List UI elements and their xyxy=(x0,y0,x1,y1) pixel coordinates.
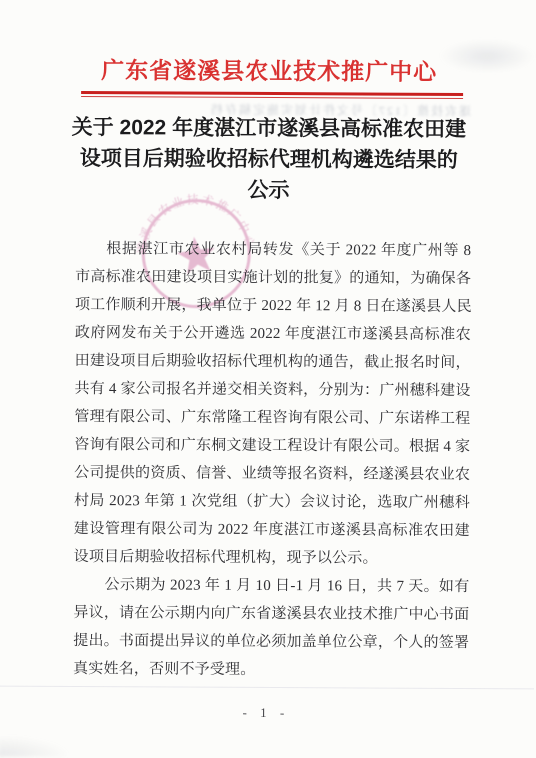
document-title: 关于 2022 年度湛江市遂溪县高标准农田建设项目后期验收招标代理机构遴选结果的… xyxy=(59,112,479,207)
text-line: 设项目后期验收招标代理机构，现予以公示。 xyxy=(74,543,470,573)
text-line: 共有 4 家公司报名并递交相关资料，分别为：广州穗科建设 xyxy=(74,375,470,405)
text-line: 项工作顺利开展，我单位于 2022 年 12 月 8 日在遂溪县人民 xyxy=(75,291,471,321)
text-line: 异议，请在公示期内向广东省遂溪县农业技术推广中心书面 xyxy=(73,599,469,629)
letterhead-divider xyxy=(81,91,463,99)
text-line: 根据湛江市农业农村局转发《关于 2022 年度广州等 8 xyxy=(75,235,471,265)
text-line: 田建设项目后期验收招标代理机构的通告，截止报名时间， xyxy=(75,347,471,377)
scanned-document-page: 广东省遂溪县农业技术推广中心 遂农技推〔127〕号文件计划实施定稿存档 关于 2… xyxy=(0,0,536,758)
text-line: 建设管理有限公司为 2022 年度湛江市遂溪县高标准农田建 xyxy=(74,515,470,545)
document-body: 根据湛江市农业农村局转发《关于 2022 年度广州等 8市高标准农田建设项目实施… xyxy=(73,235,471,685)
scan-smudge-bottom-left xyxy=(0,737,68,757)
text-line: 政府网发布关于公开遴选 2022 年度湛江市遂溪县高标准农 xyxy=(75,319,471,349)
text-line: 管理有限公司、广东常隆工程咨询有限公司、广东诺桦工程 xyxy=(74,403,470,433)
scan-fold-line xyxy=(0,686,534,690)
text-line: 真实姓名，否则不予受理。 xyxy=(73,655,469,685)
text-line: 村局 2023 年第 1 次党组（扩大）会议讨论，选取广州穗科 xyxy=(74,487,470,517)
text-line: 咨询有限公司和广东桐文建设工程设计有限公司。根据 4 家 xyxy=(74,431,470,461)
body-paragraph-1: 根据湛江市农业农村局转发《关于 2022 年度广州等 8市高标准农田建设项目实施… xyxy=(74,235,472,573)
scan-tilt-wrapper: 广东省遂溪县农业技术推广中心 遂农技推〔127〕号文件计划实施定稿存档 关于 2… xyxy=(0,0,536,758)
text-line: 市高标准农田建设项目实施计划的批复》的通知，为确保各 xyxy=(75,263,471,293)
text-line: 提出。书面提出异议的单位必须加盖单位公章，个人的签署 xyxy=(73,627,469,657)
text-line: 公示 xyxy=(59,174,479,207)
body-paragraph-2: 公示期为 2023 年 1 月 10 日-1 月 16 日，共 7 天。如有异议… xyxy=(73,571,470,685)
divider-thick-line xyxy=(81,91,463,96)
text-line: 公示期为 2023 年 1 月 10 日-1 月 16 日，共 7 天。如有 xyxy=(73,571,469,601)
page-number: - 1 - xyxy=(0,704,534,723)
letterhead-org-name: 广东省遂溪县农业技术推广中心 xyxy=(1,52,536,88)
text-line: 设项目后期验收招标代理机构遴选结果的 xyxy=(59,143,479,176)
text-line: 公司提供的资质、信誉、业绩等报名资料，经遂溪县农业农 xyxy=(74,459,470,489)
text-line: 关于 2022 年度湛江市遂溪县高标准农田建 xyxy=(59,112,479,145)
divider-thin-line xyxy=(81,96,463,99)
